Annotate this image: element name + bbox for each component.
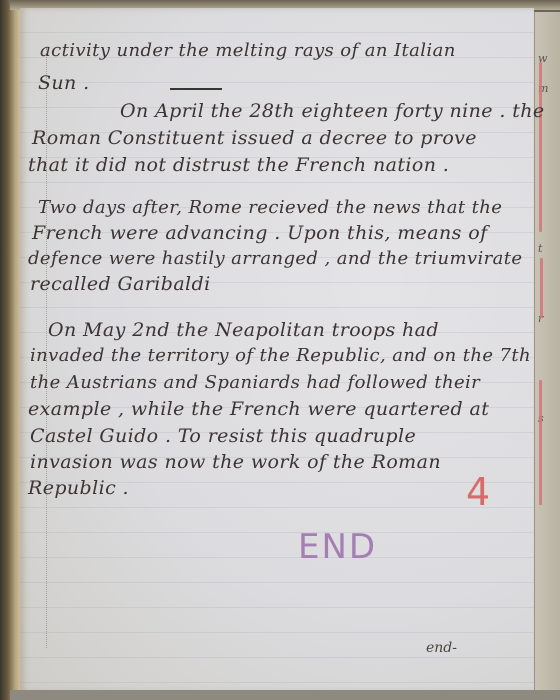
end-stamp: END [298, 527, 377, 567]
page-number: 4 [466, 470, 490, 514]
manuscript-line: example , while the French were quartere… [28, 398, 489, 420]
manuscript-line: Roman Constituent issued a decree to pro… [32, 127, 477, 149]
manuscript-line: Republic . [28, 477, 129, 499]
section-divider [170, 88, 222, 90]
red-margin-line [540, 258, 543, 318]
manuscript-line: the Austrians and Spaniards had followed… [30, 372, 480, 393]
manuscript-line: On April the 28th eighteen forty nine . … [120, 100, 545, 122]
manuscript-line: Two days after, Rome recieved the news t… [38, 197, 502, 218]
book-binding [0, 0, 20, 700]
red-margin-line [539, 62, 542, 232]
manuscript-line: recalled Garibaldi [30, 273, 211, 295]
manuscript-line: defence were hastily arranged , and the … [28, 248, 522, 269]
red-margin-line [539, 380, 542, 505]
manuscript-line: invaded the territory of the Republic, a… [30, 345, 531, 366]
adjacent-page-text: t [538, 242, 542, 255]
manuscript-line: activity under the melting rays of an It… [40, 40, 456, 61]
manuscript-line: Sun . [38, 72, 90, 94]
manuscript-line: invasion was now the work of the Roman [30, 451, 441, 473]
manuscript-line: Castel Guido . To resist this quadruple [30, 425, 416, 447]
manuscript-line: On May 2nd the Neapolitan troops had [48, 319, 439, 341]
manuscript-line: that it did not distrust the French nati… [28, 154, 449, 176]
page-bottom-edge [10, 690, 560, 700]
end-note: end- [426, 640, 457, 656]
manuscript-line: French were advancing . Upon this, means… [32, 222, 488, 244]
